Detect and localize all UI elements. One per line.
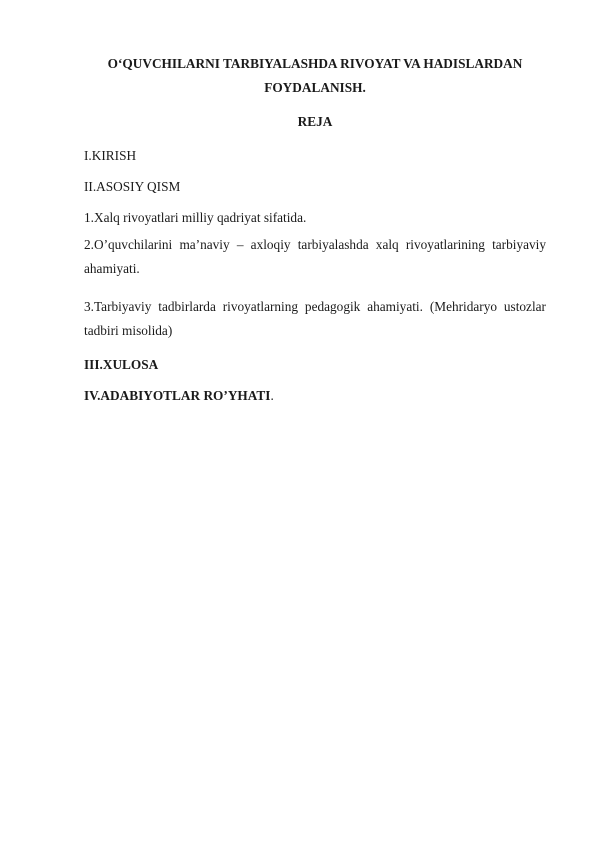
plan-item-references-suffix: . [270, 388, 273, 403]
document-title-line-1: O‘QUVCHILARNI TARBIYALASHDA RIVOYAT VA H… [70, 56, 560, 72]
plan-item-2: 2.O’quvchilarini ma’naviy – axloqiy tarb… [84, 233, 546, 281]
plan-item-3: 3.Tarbiyaviy tadbirlarda rivoyatlarning … [84, 295, 546, 343]
plan-item-1: 1.Xalq rivoyatlari milliy qadriyat sifat… [84, 210, 546, 226]
plan-item-main-part: II.ASOSIY QISM [84, 179, 546, 195]
document-title-line-2: FOYDALANISH. [84, 80, 546, 96]
plan-item-references: IV.ADABIYOTLAR RO’YHATI. [84, 388, 546, 404]
plan-item-references-label: IV.ADABIYOTLAR RO’YHATI [84, 388, 270, 403]
plan-item-conclusion: III.XULOSA [84, 357, 546, 373]
plan-item-introduction: I.KIRISH [84, 148, 546, 164]
plan-heading: REJA [84, 114, 546, 130]
